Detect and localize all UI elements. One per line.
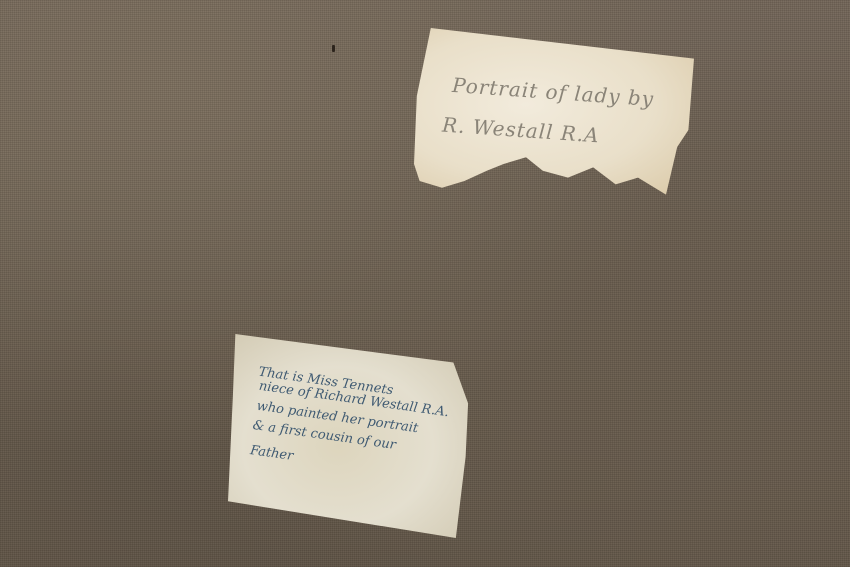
note-text-line: Father: [249, 443, 294, 464]
label-text-line: R. Westall R.A: [441, 113, 600, 148]
label-text-line: Portrait of lady by: [451, 73, 654, 111]
canvas-hole: [332, 45, 335, 52]
